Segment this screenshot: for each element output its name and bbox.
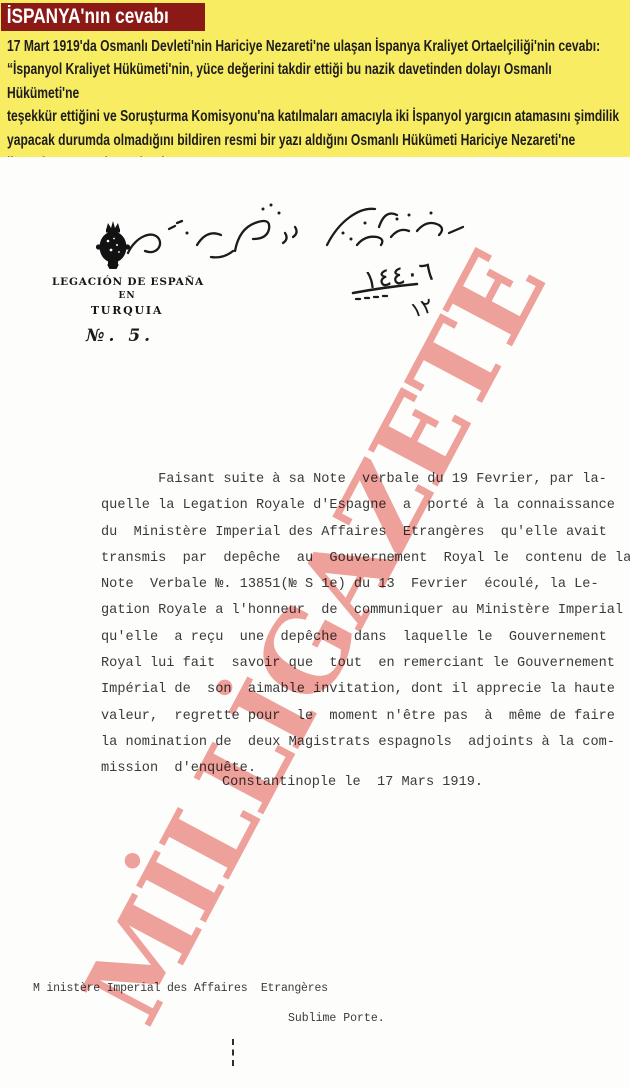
summary-paragraph: 17 Mart 1919'da Osmanlı Devleti'nin Hari… <box>7 35 624 157</box>
document-scan: LEGACIÓN DE ESPAÑA EN TURQUIA №. 5. <box>0 157 630 1087</box>
filing-dash-mark <box>232 1039 234 1066</box>
sublime-porte: Sublime Porte. <box>288 1012 385 1025</box>
typed-letter-body: Faisant suite à sa Note verbale du 19 Fe… <box>101 467 630 783</box>
dateline: Constantinople le 17 Mars 1919. <box>222 775 483 790</box>
handwritten-number-top: ١٤٤٠٦ <box>362 257 435 296</box>
headline: İSPANYA'nın cevabı <box>1 3 169 31</box>
ministry-address: M inistère Imperial des Affaires Etrangè… <box>33 982 328 995</box>
news-header: İSPANYA'nın cevabı 17 Mart 1919'da Osman… <box>0 0 630 157</box>
handwritten-number-bottom: ١٢ <box>407 293 436 323</box>
headline-bar: İSPANYA'nın cevabı <box>1 3 205 31</box>
ottoman-handwriting: ١٤٤٠٦ ١٢ <box>113 193 478 333</box>
